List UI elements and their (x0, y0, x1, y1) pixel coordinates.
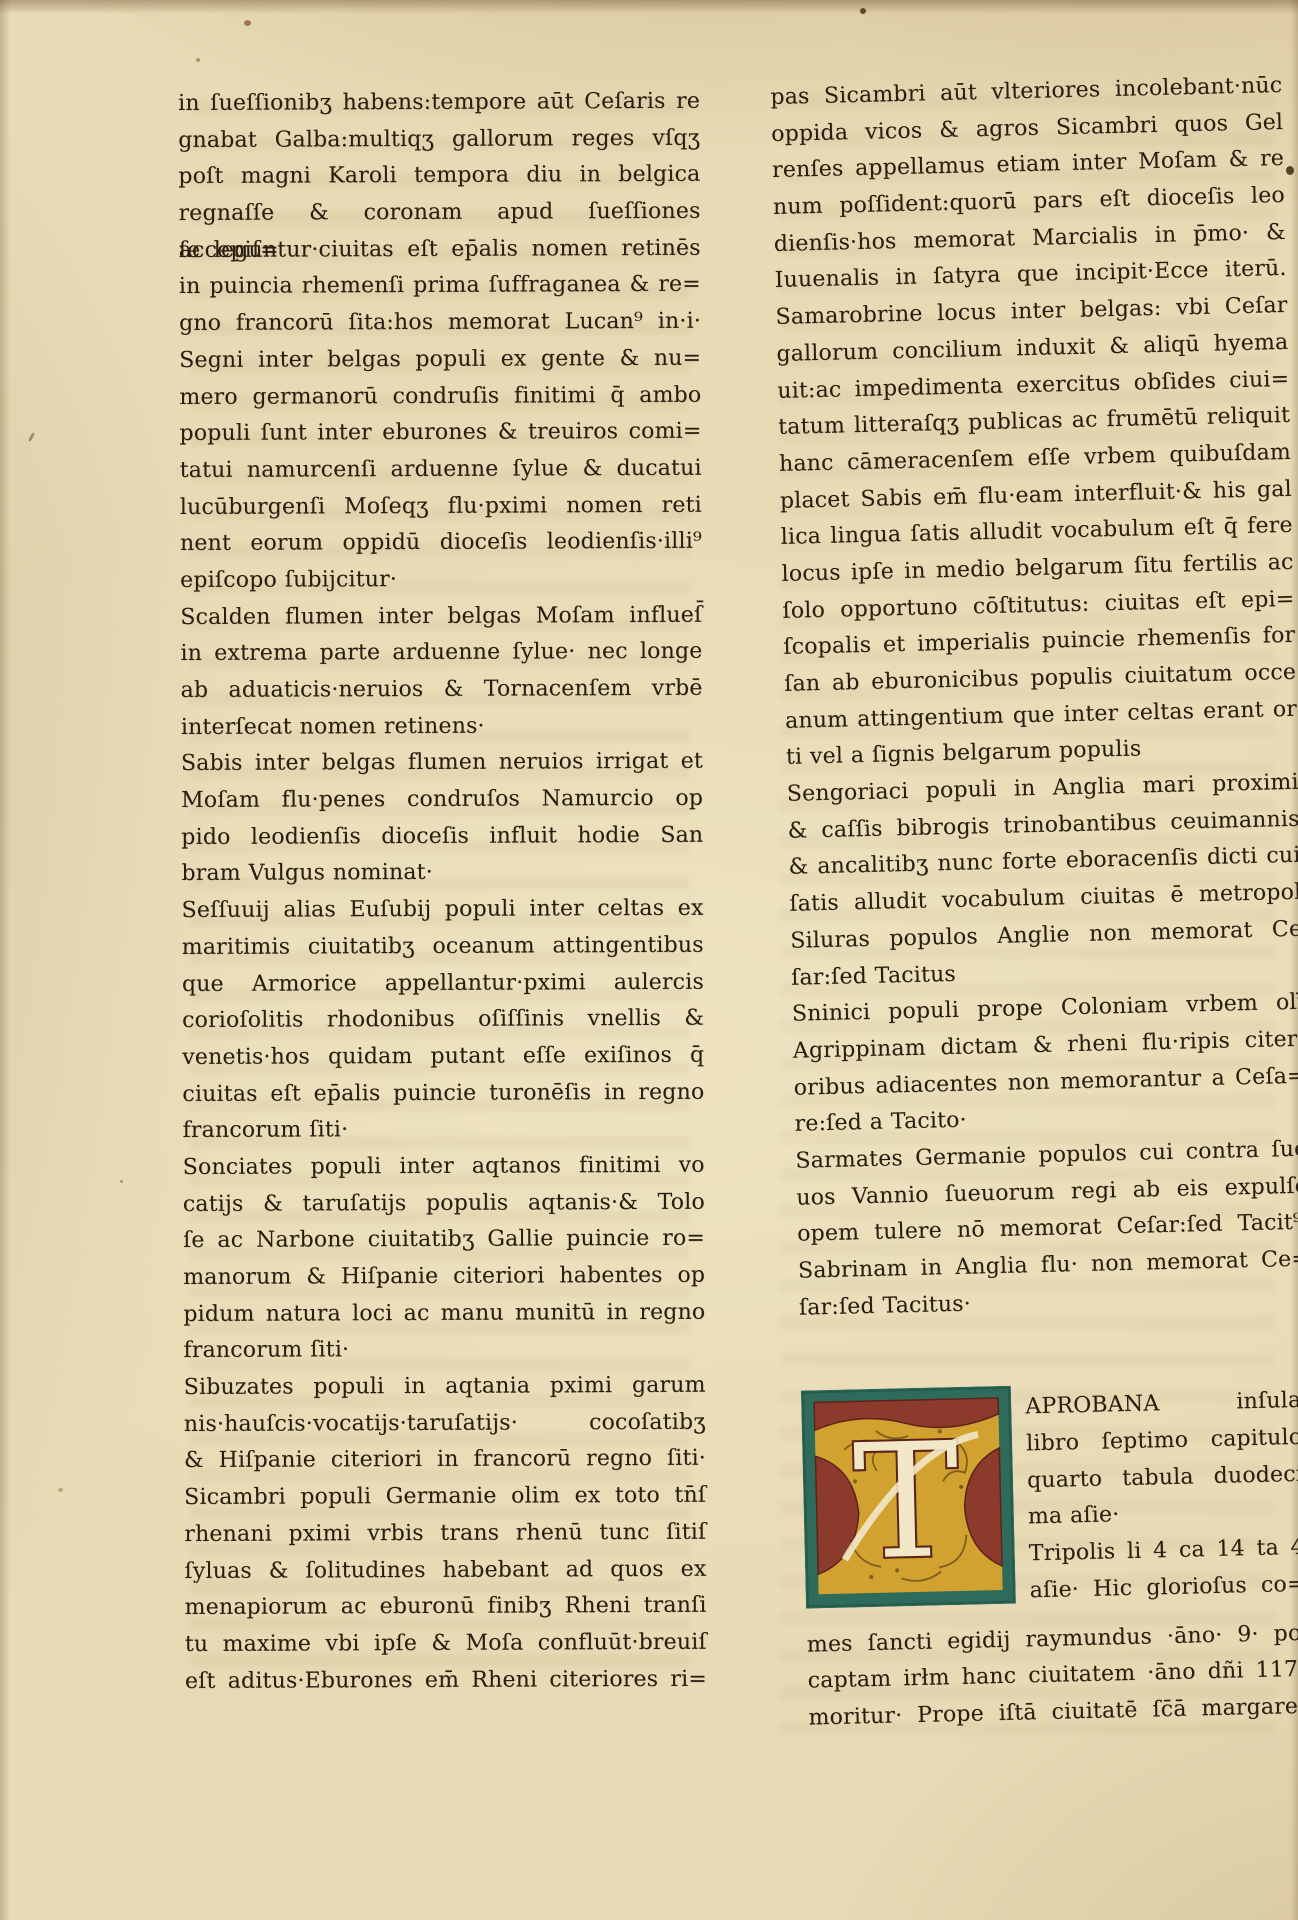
text-line: venetis·hos quidam putant eſſe exiſinos … (182, 1038, 704, 1077)
text-line: bram Vulgus nominat· (181, 854, 703, 893)
text-line: regnaſſe & coronam apud ſueſſiones accep… (178, 194, 700, 233)
text-line: Segni inter belgas populi ex gente & nu= (179, 341, 701, 380)
taprobana-bottom-text: mes ſancti egidij raymundus ·āno· 9· poſ… (806, 1615, 1298, 1737)
foxing-spot (196, 58, 200, 62)
taprobana-side-text: APROBANA inſulalibro ſeptimo capituloqua… (1025, 1379, 1298, 1610)
text-line: Tripolis li 4 ca 14 ta 4 (1028, 1530, 1298, 1573)
text-line: gno francorū ſita:hos memorat Lucan⁹ in·… (179, 304, 701, 343)
text-line: aſie· Hic glorioſus co= (1029, 1567, 1298, 1610)
text-line: catijs & taruſatijs populis aqtanis·& To… (183, 1184, 705, 1223)
text-line: ciuitas eſt ep̄alis puincie turonēſis in… (182, 1074, 704, 1113)
text-line: in ſueſſionibʒ habens:tempore aūt Ceſari… (178, 84, 700, 123)
text-line: maritimis ciuitatibʒ oceanum attingentib… (182, 928, 704, 967)
text-line: Sabis inter belgas flumen neruios irriga… (181, 744, 703, 783)
page-edge-shadow-left (0, 0, 10, 1920)
text-line: tu maxime vbi ipſe & Moſa confluūt·breui… (185, 1625, 707, 1664)
taprobana-initial-row: T APROBANA inſulalibro ſeptimo capituloq… (801, 1379, 1298, 1615)
text-line: epiſcopo ſubijcitur· (180, 561, 702, 600)
text-line: nent eorum oppidū dioceſis leodienſis·il… (180, 524, 702, 563)
text-line: Moſam flu·penes condruſos Namurcio op (181, 781, 703, 820)
illuminated-initial: T (801, 1386, 1016, 1609)
text-line: quarto tabula duodeci (1027, 1457, 1298, 1500)
text-line: menapiorum ac eburonū finibʒ Rheni tranſ… (185, 1588, 707, 1627)
page-edge-shadow-top (0, 0, 1298, 14)
text-line: libro ſeptimo capitulo (1026, 1420, 1298, 1463)
text-line: Sibuzates populi in aqtania pximi garum (184, 1368, 706, 1407)
left-text-column: in ſueſſionibʒ habens:tempore aūt Ceſari… (178, 84, 707, 1701)
text-line: ſe ac Narbone ciuitatibʒ Gallie puincie … (183, 1221, 705, 1260)
text-line: francorum ſiti· (183, 1331, 705, 1370)
text-line: nis·hauſcis·vocatijs·taruſatijs· cocoſat… (184, 1404, 706, 1443)
text-line: corioſolitis rhodonibus oſiſſinis vnelli… (182, 1001, 704, 1040)
text-line: francorum ſiti· (182, 1111, 704, 1150)
text-line: & Hiſpanie citeriori in francorū regno ſ… (184, 1441, 706, 1480)
text-line: Sonciates populi inter aqtanos finitimi … (183, 1148, 705, 1187)
text-line: Scalden flumen inter belgas Moſam influe… (180, 597, 702, 636)
text-line: eſt aditus·Eburones em̄ Rheni citeriores… (185, 1661, 707, 1700)
text-line: Sicambri populi Germanie olim ex toto tn… (184, 1478, 706, 1517)
text-line: interſecat nomen retinens· (181, 707, 703, 746)
text-line: APROBANA inſula (1025, 1383, 1298, 1426)
right-text-column: pas Sicambri aūt vlteriores incolebant·n… (770, 68, 1298, 1737)
text-line: in puincia rhemenſi prima ſuffraganea & … (179, 267, 701, 306)
text-line: ſe leguntur·ciuitas eſt ep̄alis nomen re… (179, 230, 701, 269)
taprobana-entry: T APROBANA inſulalibro ſeptimo capituloq… (801, 1379, 1298, 1737)
text-line: populi ſunt inter eburones & treuiros co… (179, 414, 701, 453)
text-line: Seſſuuij alias Euſubij populi inter celt… (182, 891, 704, 930)
initial-letter: T (852, 1409, 962, 1595)
ink-speck (28, 432, 36, 442)
text-line: pidum natura loci ac manu munitū in regn… (183, 1294, 705, 1333)
text-line: que Armorice appellantur·pximi aulercis (182, 964, 704, 1003)
text-line: pido leodienſis dioceſis influit hodie S… (181, 817, 703, 856)
text-line: lucūburgenſi Moſeqʒ flu·pximi nomen reti (180, 487, 702, 526)
text-line: rhenani pximi vrbis trans rhenū tunc ſit… (184, 1515, 706, 1554)
ink-speck (860, 8, 866, 14)
text-line: gnabat Galba:multiqʒ gallorum reges vſqʒ (178, 120, 700, 159)
text-line: ab aduaticis·neruios & Tornacenſem vrbē (181, 671, 703, 710)
ink-speck (1286, 166, 1294, 175)
right-column-lines: pas Sicambri aūt vlteriores incolebant·n… (770, 68, 1298, 1327)
incunabulum-page: { "colors": { "paper": "#e7dab4", "ink":… (0, 0, 1298, 1920)
foxing-spot (58, 1488, 63, 1492)
text-line: in extrema parte arduenne ſylue· nec lon… (180, 634, 702, 673)
text-line: poſt magni Karoli tempora diu in belgica (178, 157, 700, 196)
foxing-spot (120, 1180, 123, 1183)
foxing-spot (244, 20, 251, 26)
text-line: mero germanorū condruſis finitimi q̄ amb… (179, 377, 701, 416)
text-line: manorum & Hiſpanie citeriori habentes op (183, 1258, 705, 1297)
text-line: tatui namurcenſi arduenne ſylue & ducatu… (180, 451, 702, 490)
illuminated-initial-art: T (801, 1386, 1016, 1609)
text-line: ſyluas & ſolitudines habebant ad quos ex (184, 1551, 706, 1590)
text-line: ma aſie· (1028, 1493, 1298, 1536)
